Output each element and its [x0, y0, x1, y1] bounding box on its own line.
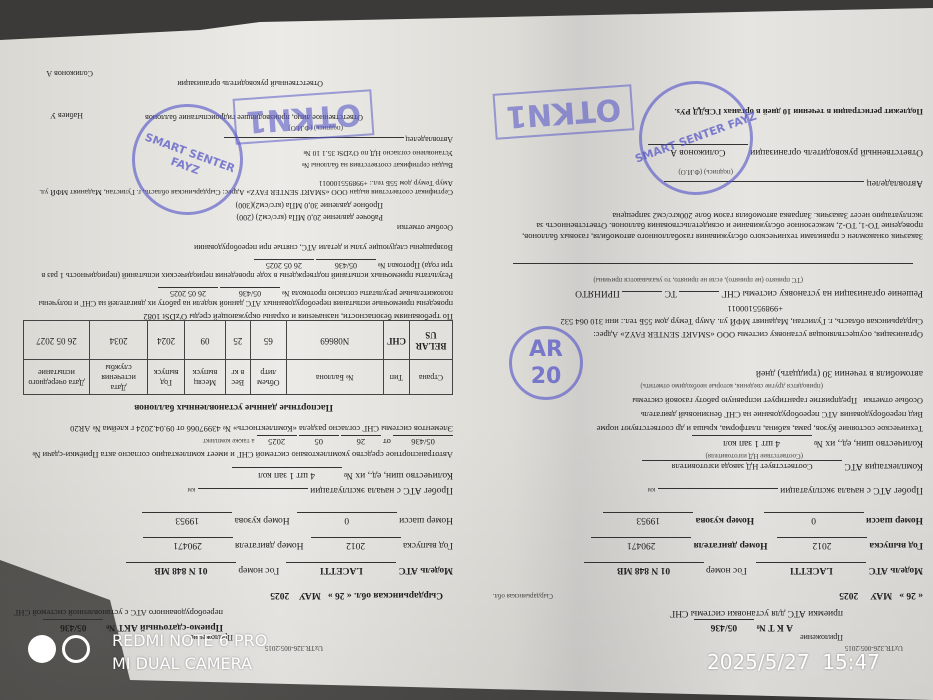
chassis-row: Номер шасси 0 Номер кузова 19953 — [603, 512, 923, 525]
head-name: Солижонов А — [46, 68, 93, 78]
camera-device-label: REDMI NOTE 6 PRO — [112, 631, 267, 650]
act-ref-row: 05/436 от 26 05 2025 а также комплект — [203, 435, 453, 447]
cylinder-cert: Выдан сертификат соответствия на баллоны… — [302, 161, 453, 170]
installed-cert: Установлено согласно НД по O'zDSt 35.1 1… — [304, 149, 453, 158]
installer-address: Сырдарьинская область, г. Гулистан, Мада… — [561, 316, 924, 327]
installer-phone: +998955100011 — [728, 303, 783, 314]
otkn-stamp: OTKN1 — [492, 85, 634, 140]
year-row: Год выпуска 2012 Номер двигателя 290471 — [143, 537, 453, 550]
passport-title: Паспортные данные установленных баллонов — [134, 400, 333, 412]
place: Сырдарьинская обл. — [493, 591, 553, 600]
table-row: BELAR US СНГ N08669 65 25 09 2024 2034 2… — [24, 321, 453, 360]
document-rotated: UzTR.326-005:2015 Приложение А К Т № 05/… — [0, 0, 933, 700]
elements-text: Элементов системы СНГ согласно раздела «… — [70, 423, 453, 434]
model-row: Модель АТС LACETTI Гос номер 01 N 848 MB — [584, 562, 923, 575]
handover-act-copy: UzTR.326-005:2015 Приложение Приемо-сдат… — [13, 0, 463, 700]
model-row: Модель АТС LACETTI Гос номер 01 N 848 MB — [126, 562, 453, 575]
chassis-row: Номер шасси 0 Номер кузова 19953 — [142, 512, 453, 525]
otkn-stamp: OTKN1 — [232, 90, 374, 145]
act-subtitle: приемки АТС для установки системы СНГ — [670, 606, 843, 618]
act-subtitle: переоборудованного АТС с установленной с… — [14, 607, 224, 618]
act-body: Автотранспортное средство укомплектовано… — [32, 449, 453, 460]
camera-logo-icon — [28, 635, 90, 663]
tires-row: Количество шин, ед., их № 4 шт 1 зап кол — [692, 435, 923, 448]
test-pressure: Пробное давление 30,0 МПа (кгс/см2)(300) — [236, 200, 383, 210]
round-company-stamp: SMART SENTER FAYZ — [623, 65, 769, 211]
acceptance-act-copy: UzTR.326-005:2015 Приложение А К Т № 05/… — [483, 0, 933, 700]
safety-title: По требованиям безопасности, назначения … — [143, 311, 453, 322]
tech-state-row: Техническое состояние Кузов, рама, кабин… — [597, 423, 923, 434]
tester-name: Набиев У — [50, 110, 83, 120]
days-row: автомобиля в течении 30 (тридцать) дней — [756, 366, 923, 378]
tires-row: Количество шин, ед., их № 4 шт 1 зап кол — [232, 467, 453, 480]
notes-row: Особые отметки Предприятие гарантирует и… — [632, 395, 923, 406]
working-pressure: Рабочее давление 20,0 МПа (кгс/см2) (200… — [236, 212, 383, 222]
camera-type-label: MI DUAL CAMERA — [112, 654, 252, 673]
ar20-stamp: AR 20 — [509, 326, 583, 400]
tests-text: проведены приемочные испытания переобору… — [33, 287, 453, 308]
appendix-label: Приложение — [800, 632, 843, 642]
decision-row: Решение организации на установку системы… — [575, 286, 923, 298]
year-row: Год выпуска 2012 Номер двигателя 290471 — [591, 537, 923, 550]
act-number: 05/436 — [694, 619, 754, 632]
periodic-text: Результаты приемочных испытаний подтверж… — [33, 259, 453, 280]
divider — [513, 263, 913, 264]
cylinder-passport-table: Страна Тип № Баллона Объем литр Вес в кг… — [23, 320, 453, 395]
returned-parts: Возвращены следующие узлы и детали АТС, … — [194, 242, 453, 252]
responsible-head: Ответственный руководитель организации — [177, 78, 323, 88]
act-date: Сырдарьинская обл. « 26 » МАУ 2025 — [270, 588, 443, 600]
special-marks: Особые отметки — [397, 222, 453, 232]
installer-org: Организация, осуществляющая установку си… — [593, 329, 923, 340]
mileage-row: Пробег АТС с начала эксплуатации км — [648, 483, 923, 495]
act-title: А К Т № 05/436 — [694, 619, 793, 632]
act-date: « 26 » МАУ 2025 — [839, 588, 923, 600]
mileage-row: Пробег АТС с начала эксплуатации км — [188, 483, 453, 495]
conversion-row: Вид переоборудования АТС переоборудовани… — [641, 409, 923, 420]
table-header-row: Страна Тип № Баллона Объем литр Вес в кг… — [24, 360, 453, 395]
standard-ref: UzTR.326-005:2015 — [265, 643, 323, 652]
customer-text: Заказчик ознакомлен с правилами техничес… — [493, 210, 923, 242]
certificate-text: Сертификат соответствия выдан ООО «SMART… — [33, 178, 453, 197]
photo-timestamp: 2025/5/27 15:47 — [707, 650, 880, 674]
completeness-row: Комплектация АТС Соответствует НД завода… — [642, 459, 923, 472]
